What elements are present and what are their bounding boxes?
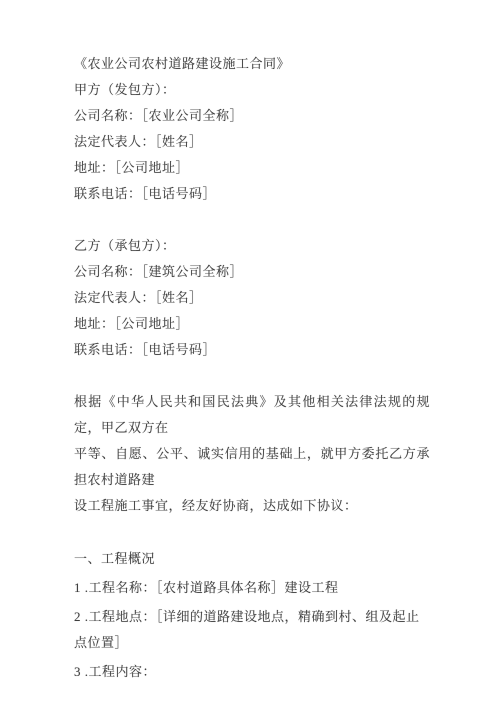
party-b-legal-representative: 法定代表人：［姓名］ (74, 285, 430, 311)
party-a-section: 甲方（发包方）： 公司名称：［农业公司全称］ 法定代表人：［姓名］ 地址：［公司… (74, 77, 430, 207)
project-overview-heading: 一、工程概况 (74, 546, 430, 572)
preamble-paragraph: 根据《中华人民共和国民法典》及其他相关法律法规的规定，甲乙双方在 平等、自愿、公… (74, 389, 430, 519)
party-b-address: 地址：［公司地址］ (74, 311, 430, 337)
party-a-legal-representative: 法定代表人：［姓名］ (74, 129, 430, 155)
preamble-line: 平等、自愿、公平、诚实信用的基础上，就甲方委托乙方承担农村道路建 (74, 441, 430, 493)
item-project-content: 3 .工程内容： (74, 659, 430, 685)
item-project-location: 2 .工程地点：［详细的道路建设地点，精确到村、组及起止点位置］ (74, 604, 430, 656)
item-project-name: 1 .工程名称：［农村道路具体名称］建设工程 (74, 575, 430, 601)
party-b-section: 乙方（承包方）： 公司名称：［建筑公司全称］ 法定代表人：［姓名］ 地址：［公司… (74, 233, 430, 363)
party-b-company-name: 公司名称：［建筑公司全称］ (74, 259, 430, 285)
party-a-heading: 甲方（发包方）： (74, 77, 430, 103)
contract-title: 《农业公司农村道路建设施工合同》 (74, 51, 430, 77)
party-b-heading: 乙方（承包方）： (74, 233, 430, 259)
party-b-phone: 联系电话：［电话号码］ (74, 337, 430, 363)
contract-document-page: 《农业公司农村道路建设施工合同》 甲方（发包方）： 公司名称：［农业公司全称］ … (0, 0, 500, 707)
party-a-company-name: 公司名称：［农业公司全称］ (74, 103, 430, 129)
party-a-address: 地址：［公司地址］ (74, 155, 430, 181)
party-a-phone: 联系电话：［电话号码］ (74, 181, 430, 207)
preamble-line: 根据《中华人民共和国民法典》及其他相关法律法规的规定，甲乙双方在 (74, 389, 430, 441)
project-overview-section: 一、工程概况 1 .工程名称：［农村道路具体名称］建设工程 2 .工程地点：［详… (74, 546, 430, 685)
preamble-line: 设工程施工事宜，经友好协商，达成如下协议： (74, 493, 430, 519)
